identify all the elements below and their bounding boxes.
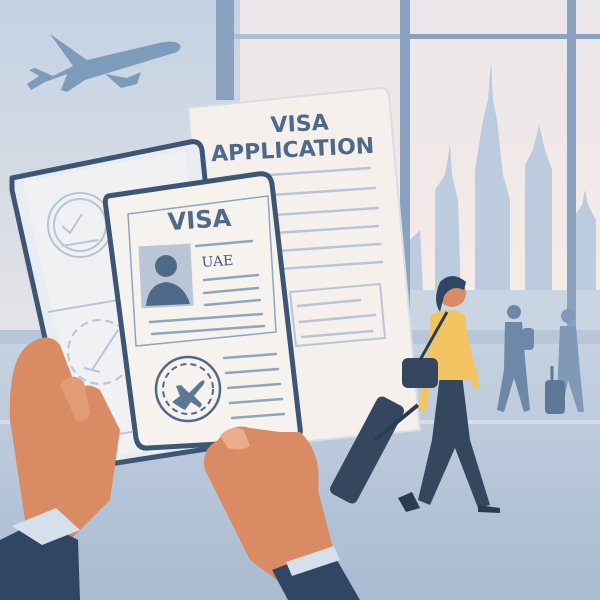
visa-title: VISA bbox=[167, 204, 233, 236]
visa-country: UAE bbox=[201, 253, 234, 271]
airport-visa-illustration: VISA APPLICATION bbox=[0, 0, 600, 600]
person-photo-icon bbox=[138, 244, 193, 309]
application-title-line1: VISA bbox=[270, 111, 329, 139]
visa-page: VISA UAE bbox=[105, 174, 300, 448]
